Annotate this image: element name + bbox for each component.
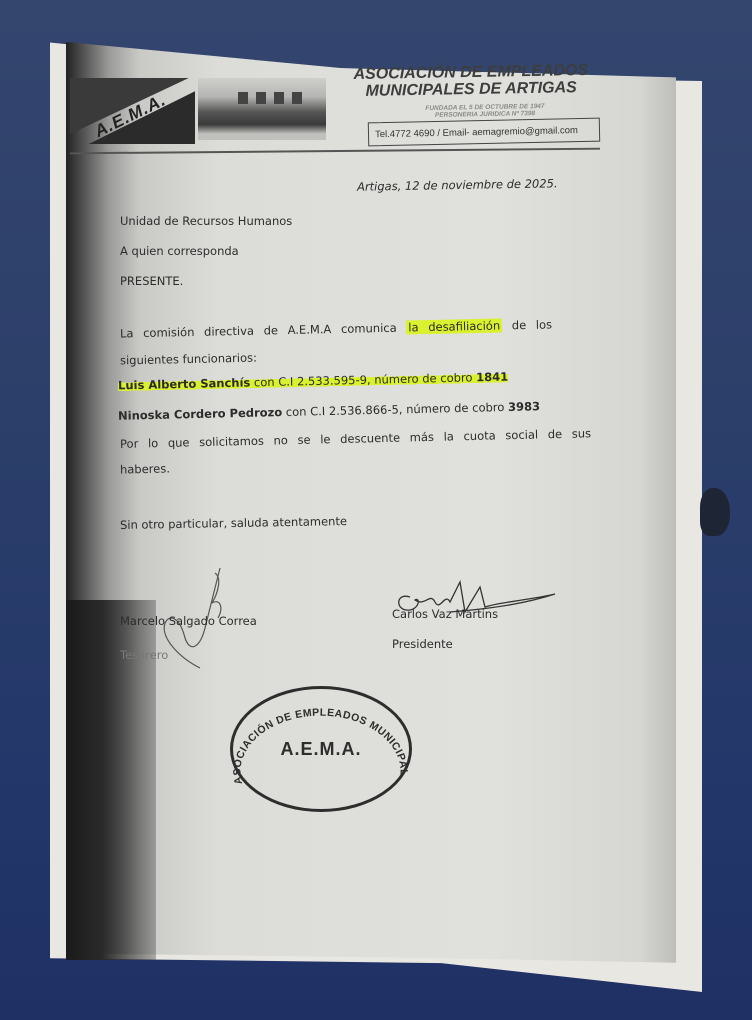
svg-text:ASOCIACIÓN DE EMPLEADOS MUNICI: ASOCIACIÓN DE EMPLEADOS MUNICIPALES DE A…	[222, 678, 410, 785]
stamp-ring-text: ASOCIACIÓN DE EMPLEADOS MUNICIPALES DE A…	[222, 678, 422, 820]
contact-box: Tel.4772 4690 / Email- aemagremio@gmail.…	[368, 118, 600, 147]
signer-right-name: Carlos Vaz Martins	[392, 607, 498, 621]
body-intro-post: de los	[502, 317, 552, 332]
member-name: Luis Alberto Sanchís	[118, 375, 251, 392]
member-cobro: 3983	[508, 399, 540, 414]
signer-right-role: Presidente	[392, 637, 453, 651]
signer-left-name: Marcelo Salgado Correa	[120, 614, 257, 628]
signer-left-role: Tesorero	[120, 648, 168, 662]
highlighted-desafiliacion: la desafiliación	[406, 318, 502, 334]
recipient-line1: Unidad de Recursos Humanos	[120, 214, 292, 228]
building-photo	[198, 78, 326, 140]
member-cobro: 1841	[476, 370, 508, 385]
body-intro-line2: siguientes funcionarios:	[120, 351, 257, 368]
recipient-line2: A quien corresponda	[120, 244, 239, 258]
org-name: ASOCIACIÓN DE EMPLEADOS MUNICIPALES DE A…	[336, 62, 607, 101]
recipient-line3: PRESENTE.	[120, 274, 183, 288]
letterhead-logo: A.E.M.A.	[70, 78, 330, 144]
ink-stain	[700, 488, 730, 536]
request-line2: haberes.	[120, 461, 170, 476]
